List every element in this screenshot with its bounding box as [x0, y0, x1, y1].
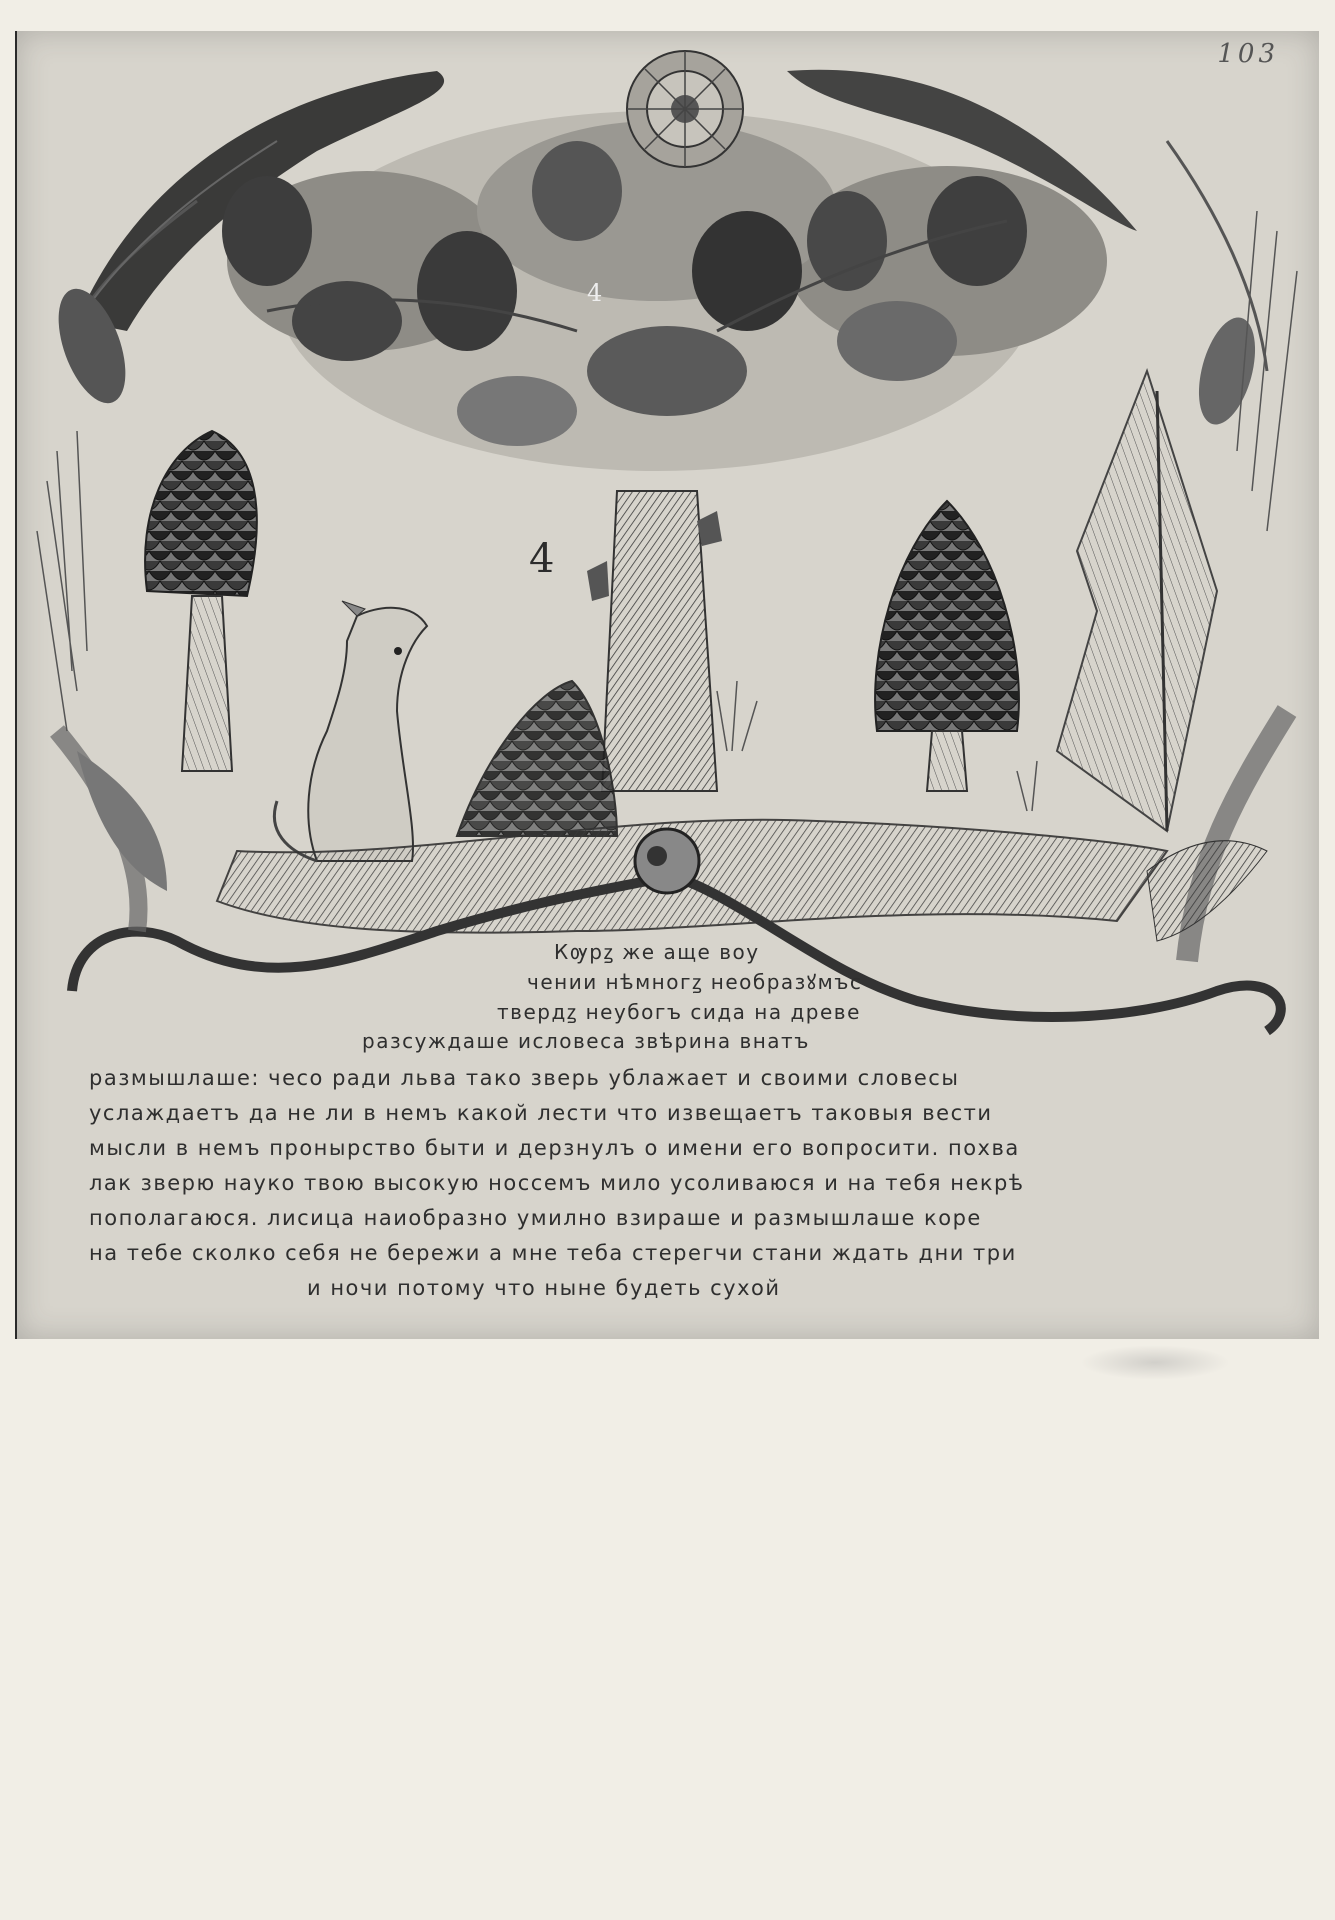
body-line: на тебе сколко себя не бережи а мне теба…	[89, 1241, 1017, 1265]
illustration-plate: 103 4 4 Кѹрꙁ же аще воу чении нѣмногꙁ не…	[15, 31, 1319, 1339]
body-line: пополагаюся. лисица наиобразно умилно вз…	[89, 1206, 982, 1230]
tree-canopy	[222, 111, 1107, 471]
body-line: размышлаше: чесо ради льва тако зверь уб…	[89, 1066, 959, 1090]
folio-number: 103	[1217, 39, 1279, 69]
body-line: лак зверю науко твою высокую носсемъ мил…	[89, 1171, 1025, 1195]
caption-line: твердꙁ неубогъ сида на древе	[497, 998, 861, 1025]
pencil-smudge	[1080, 1345, 1230, 1380]
right-fir-tree	[1057, 371, 1217, 831]
body-line: мысли в немъ пронырство быти и дерзнулъ …	[89, 1136, 1020, 1160]
body-line: услаждаетъ да не ли в немъ какой лести ч…	[89, 1101, 993, 1125]
caption-line: Кѹрꙁ же аще воу	[554, 938, 760, 965]
figure-number-small: 4	[587, 279, 602, 307]
figure-number-main: 4	[529, 536, 554, 582]
top-flower	[627, 51, 743, 167]
right-cone-tree	[875, 501, 1019, 791]
caption-line: чении нѣмногꙁ необразꙋмъс	[527, 968, 862, 995]
fox	[274, 601, 427, 861]
small-cone-hill	[457, 681, 617, 836]
caption-line: разсуждаше исловеса звѣрина внатъ	[362, 1029, 810, 1053]
body-line: и ночи потому что ныне будеть сухой	[307, 1276, 781, 1300]
central-tree-trunk	[587, 491, 722, 791]
left-cone-tree	[145, 431, 257, 771]
